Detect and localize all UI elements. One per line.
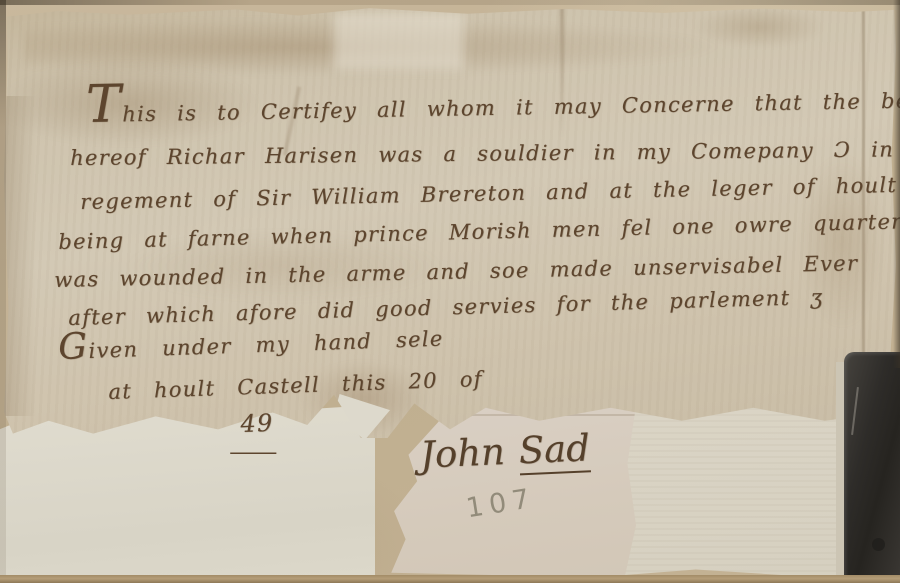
paper-crease	[560, 6, 564, 141]
manuscript-line-9-year: 49	[240, 411, 274, 436]
scan-edge-right	[893, 0, 900, 368]
document-scan: This is to Certifey all whom it may Conc…	[0, 0, 900, 583]
scan-edge-left	[0, 0, 6, 583]
clamp-scratch	[851, 387, 859, 435]
pen-stroke-dash: —	[228, 440, 279, 465]
signature-surname: Sad	[518, 426, 591, 475]
scan-edge-bottom	[0, 575, 900, 583]
book-clamp	[844, 352, 900, 583]
clamp-rivet	[872, 538, 885, 551]
scan-edge-top	[0, 0, 900, 5]
paper-stain	[694, 6, 824, 48]
backing-sheet-left	[0, 405, 375, 577]
paper-stain	[334, 12, 464, 70]
signature-given-name: John	[419, 430, 506, 477]
signature: JohnSad	[419, 426, 591, 476]
paper-shadow	[4, 96, 36, 416]
paper-stain	[24, 18, 724, 76]
